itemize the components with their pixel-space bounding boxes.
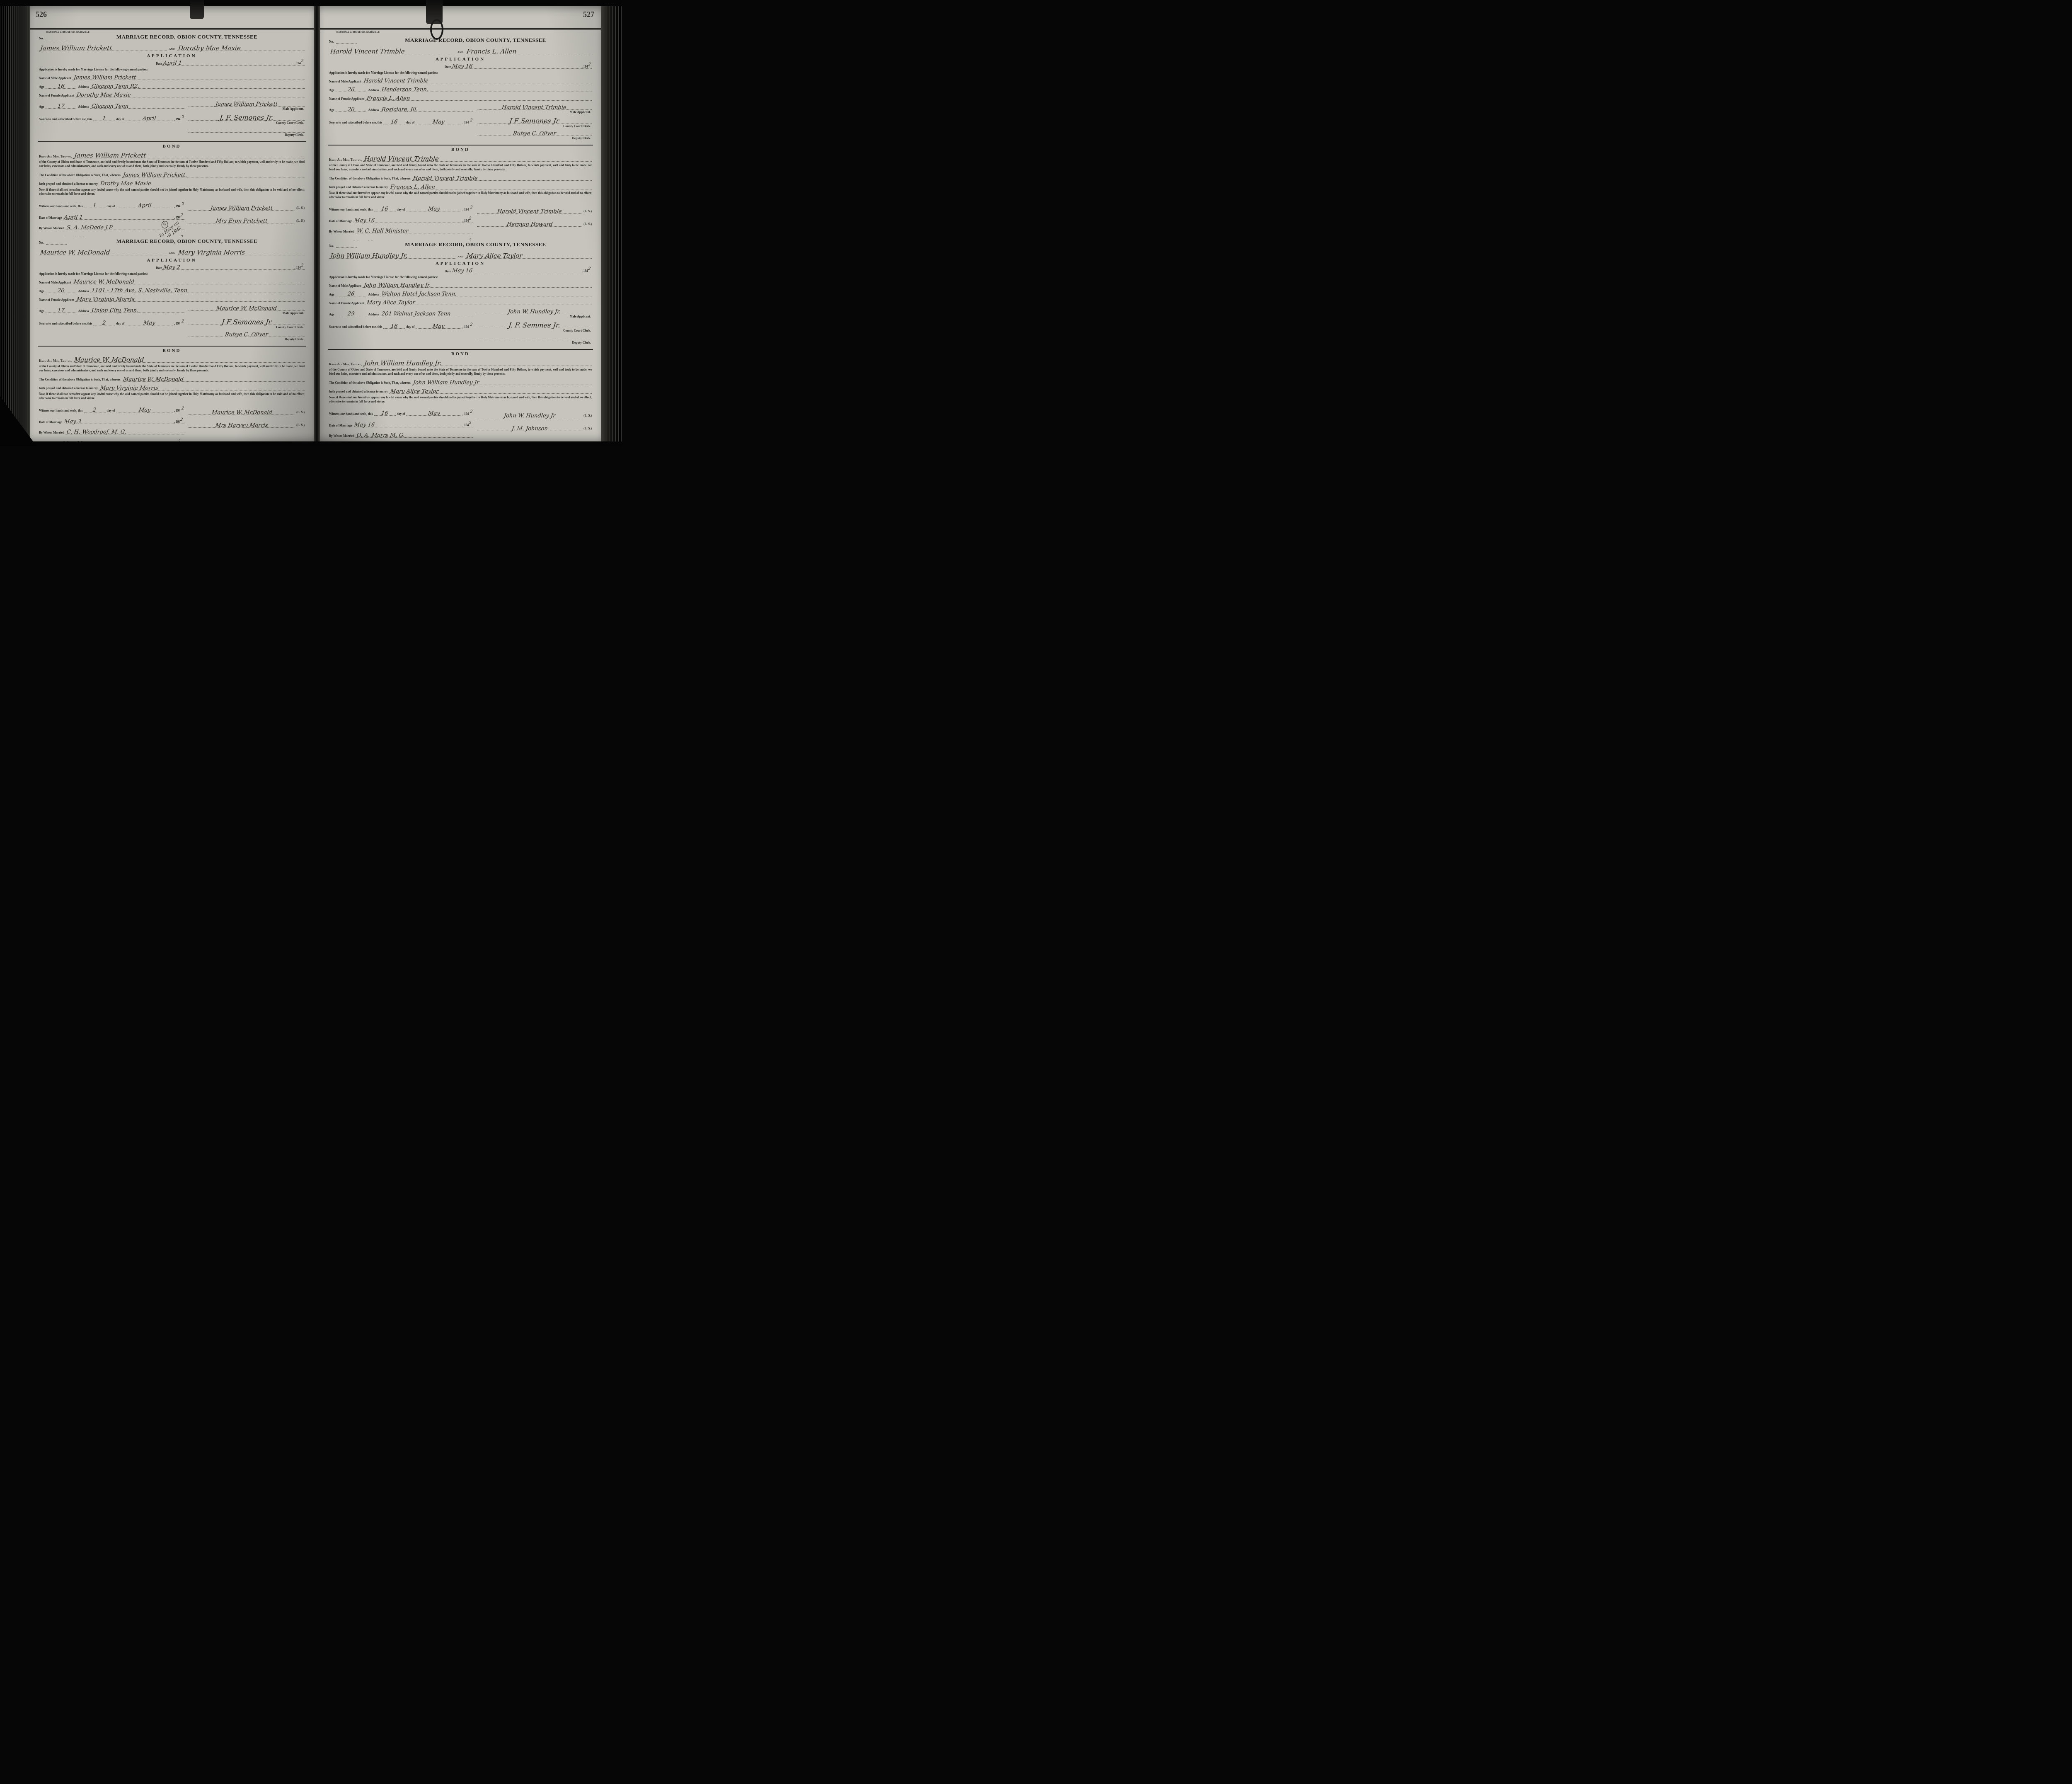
application-made-statement: Application is hereby made for Marriage … [329,275,592,279]
application-title: APPLICATION [329,261,592,266]
book-spine-edge [0,0,30,446]
license-to-marry-row: hath prayed and obtained a license to ma… [39,181,305,186]
witness-row: Witness our hands and seals, this 16 day… [329,410,473,416]
bond-obligation-paragraph: of the County of Obion and State of Tenn… [329,368,592,376]
by-whom-married-row: By Whom Married O. A. Marrs M. G. [329,433,473,438]
county-court-clerk-caption: County Court Clerk. [189,121,304,125]
day-of-label: day of [116,117,124,121]
male-name-handwritten: Harold Vincent Trimble [363,78,428,84]
sworn-statement-label: Sworn to and subscribed before me, this [329,121,382,124]
first-seal-signature: James William Prickett [210,206,273,211]
sworn-day-handwritten: 2 [102,320,106,326]
witness-month-line: May [116,407,173,412]
section-divider-rule [328,145,593,146]
application-date-line: May 16 , 194 2 [451,63,592,69]
second-seal-row: Mrs Harvey Morris (L. S.) [189,421,305,428]
first-seal-row: James William Prickett (L. S.) [189,204,305,211]
county-clerk-signature-line: J. F. Semones Jr. [189,112,305,121]
groom-name-line: Harold Vincent Trimble [329,48,455,54]
male-address-handwritten: Walton Hotel Jackson Tenn. [381,291,457,297]
know-all-men-row: Know All Men, That we, John William Hund… [329,360,592,366]
male-age-line: 26 [336,291,367,296]
second-seal-row: Mrs Eron Pritchett (L. S.) [189,217,305,223]
sworn-month-handwritten: April [142,116,156,121]
sworn-month-line: May [416,324,461,329]
male-name-line: John William Hundley Jr. [363,283,592,288]
sworn-row: Sworn to and subscribed before me, this … [39,115,184,121]
first-seal-signature-line: James William Prickett [189,204,295,211]
by-whom-married-line: W. C. Hall Minister [356,228,473,233]
application-signature-column: James William Prickett Male Applicant. J… [189,100,305,138]
form-title: MARRIAGE RECORD, OBION COUNTY, TENNESSEE [69,238,305,245]
age-label: Age [329,88,334,92]
sworn-month-line: May [126,320,173,325]
marriage-record-form: No. MARRIAGE RECORD, OBION COUNTY, TENNE… [327,240,593,445]
county-clerk-signature-line: J F Semones Jr [189,317,305,325]
female-age-address-row: Age 20 Address Rosiclare, Ill. [329,107,473,112]
year-194-label: , 194 [462,121,469,124]
application-lower-block: Age 17 Address Union City, Tenn. Sworn t… [39,304,305,342]
form-header-row: No. MARRIAGE RECORD, OBION COUNTY, TENNE… [39,238,305,245]
section-divider-rule [328,349,593,350]
witness-month-handwritten: May [428,411,440,416]
address-label: Address [368,88,379,92]
second-seal-signature: J. M. Johnson [511,426,548,431]
date-label: Date [156,266,162,270]
bond-name-handwritten: Harold Vincent Trimble [364,156,439,162]
sworn-year-digit: 2 [182,115,185,119]
first-seal-signature-line: Maurice W. McDonald [189,408,295,415]
female-address-handwritten: 201 Walnut Jackson Tenn [381,311,451,317]
second-seal-signature-line: Mrs Eron Pritchett [189,217,295,223]
date-of-marriage-label: Date of Marriage [39,420,62,424]
sworn-month-handwritten: May [432,324,445,329]
no-label: No. [329,40,334,44]
condition-row: The Condition of the above Obligation is… [329,176,592,181]
witness-month-line: May [406,411,461,416]
bond-lower-block: Witness our hands and seals, this 2 day … [39,403,305,441]
second-seal-signature-line: Herman Howard [477,220,583,227]
application-date-handwritten: May 16 [452,268,473,274]
male-applicant-row: Name of Male Applicant James William Pri… [39,75,305,80]
condition-row: The Condition of the above Obligation is… [329,380,592,385]
by-whom-married-label: By Whom Married [329,434,354,438]
application-date-line: April 1 , 194 2 [162,59,305,65]
bond-title: BOND [329,147,592,152]
marry-name-handwritten: Frances L. Allen [390,184,435,190]
deputy-clerk-caption: Deputy Clerk. [477,341,591,344]
bond-obligation-paragraph: of the County of Obion and State of Tenn… [329,163,592,172]
male-age-line: 16 [46,84,77,89]
application-date-row: Date May 16 , 194 2 [445,267,592,273]
application-title: APPLICATION [39,258,305,263]
second-seal-signature: Mrs Harvey Morris [215,423,268,428]
bond-holy-matrimony-paragraph: Now, if there shall not hereafter appear… [39,188,305,196]
witness-day-line: 2 [84,407,106,412]
photo-black-border-top [0,0,622,6]
bond-holy-matrimony-paragraph: Now, if there shall not hereafter appear… [329,191,592,199]
day-of-label: day of [116,322,124,325]
name-of-male-applicant-label: Name of Male Applicant [329,80,361,83]
application-title: APPLICATION [39,53,305,58]
county-court-clerk-caption: County Court Clerk. [477,329,591,332]
second-seal-row: J. M. Johnson (L. S.) [477,424,592,431]
day-of-label: day of [406,121,414,124]
section-divider-rule [38,141,306,143]
condition-label: The Condition of the above Obligation is… [329,177,411,180]
female-name-handwritten: Mary Alice Taylor [366,300,415,305]
application-made-statement: Application is hereby made for Marriage … [39,68,305,71]
record-slot-harold-trimble-francis-allen: No. MARRIAGE RECORD, OBION COUNTY, TENNE… [327,36,593,240]
deputy-clerk-caption: Deputy Clerk. [189,133,304,137]
bond-holy-matrimony-paragraph: Now, if there shall not hereafter appear… [39,392,305,400]
marry-name-line: Drothy Mae Maxie [99,181,305,186]
bond-name-handwritten: John William Hundley Jr. [364,360,442,366]
witness-row: Witness our hands and seals, this 2 day … [39,407,184,412]
and-label: AND [457,51,463,54]
application-title: APPLICATION [329,57,592,62]
male-applicant-caption: Male Applicant. [189,107,304,111]
date-of-marriage-handwritten: May 16 [354,218,375,223]
female-name-handwritten: Francis L. Allen [366,96,410,101]
form-header-row: No. MARRIAGE RECORD, OBION COUNTY, TENNE… [329,241,592,248]
bride-name-handwritten: Francis L. Allen [466,48,517,55]
bride-name-line: Francis L. Allen [465,48,592,54]
male-applicant-signature: Maurice W. McDonald [216,306,277,311]
application-signature-column: Maurice W. McDonald Male Applicant. J F … [189,304,305,342]
date-label: Date [156,62,162,65]
ls-seal-label: (L. S.) [296,206,305,210]
book-right-page-edges [601,0,622,446]
male-name-line: Maurice W. McDonald [73,279,305,284]
marriage-record-form: No. MARRIAGE RECORD, OBION COUNTY, TENNE… [327,36,593,240]
bond-title: BOND [39,348,305,353]
by-whom-married-row: By Whom Married W. C. Hall Minister [329,228,473,233]
witness-year-digit: 2 [182,407,185,411]
name-of-male-applicant-label: Name of Male Applicant [39,76,71,80]
female-name-line: Francis L. Allen [366,96,592,101]
age-label: Age [329,108,334,112]
female-age-line: 29 [336,311,367,316]
know-all-men-label: Know All Men, That we, [329,158,362,162]
male-age-handwritten: 20 [57,288,65,293]
male-address-line: Gleason Tenn R2. [90,84,305,89]
date-of-marriage-handwritten: May 3 [64,419,82,424]
seal-signature-column: James William Prickett (L. S.) Mrs Eron … [189,199,305,237]
age-label: Age [329,313,334,316]
condition-name-handwritten: John William Hundley Jr [413,380,479,385]
book-page-526: 526 MARSHALL & BRUCE CO. NASHVILLE No. M… [30,6,314,441]
male-address-line: Walton Hotel Jackson Tenn. [380,291,592,296]
hath-prayed-label: hath prayed and obtained a license to ma… [39,386,98,390]
marriage-year-digit: 2 [469,421,472,425]
witness-day-handwritten: 16 [381,411,389,416]
male-age-address-row: Age 16 Address Gleason Tenn R2. [39,84,305,89]
sworn-year-digit: 2 [470,323,473,327]
marry-name-line: Mary Alice Taylor [389,389,592,394]
marry-name-handwritten: Mary Alice Taylor [390,389,439,394]
groom-name-line: James William Prickett [39,45,167,51]
form-title: MARRIAGE RECORD, OBION COUNTY, TENNESSEE [69,34,305,40]
male-age-address-row: Age 20 Address 1101 - 17th Ave. S. Nashv… [39,288,305,293]
female-age-handwritten: 20 [347,107,355,112]
witness-label: Witness our hands and seals, this [39,204,83,208]
male-name-handwritten: John William Hundley Jr. [363,283,431,288]
witness-month-handwritten: May [138,407,151,413]
first-seal-row: Harold Vincent Trimble (L. S.) [477,207,592,214]
sworn-day-line: 2 [93,320,115,325]
application-date-handwritten: April 1 [163,61,182,66]
female-age-line: 17 [46,308,77,313]
witness-year-digit: 2 [470,410,473,414]
female-address-line: Gleason Tenn [90,104,184,109]
male-applicant-caption: Male Applicant. [189,311,304,315]
male-applicant-signature-line: Harold Vincent Trimble [477,103,592,110]
female-applicant-row: Name of Female Applicant Dorothy Mae Max… [39,92,305,97]
marriage-year-digit: 2 [469,217,472,221]
condition-label: The Condition of the above Obligation is… [329,381,411,385]
first-seal-signature-line: Harold Vincent Trimble [477,207,583,214]
condition-name-line: Harold Vincent Trimble [412,176,592,181]
sworn-year-digit: 2 [182,320,185,324]
date-label: Date [445,269,451,273]
deputy-clerk-signature-line [477,334,592,340]
name-of-female-applicant-label: Name of Female Applicant [329,301,364,305]
record-slot-john-hundley-mary-taylor: No. MARRIAGE RECORD, OBION COUNTY, TENNE… [327,240,593,445]
seal-signature-column: Harold Vincent Trimble (L. S.) Herman Ho… [477,202,592,240]
by-whom-married-label: By Whom Married [329,230,354,233]
groom-name-handwritten: James William Prickett [40,45,112,51]
second-seal-signature: Mrs Eron Pritchett [215,218,268,224]
bond-name-line: Maurice W. McDonald [73,357,305,363]
male-address-line: Henderson Tenn. [380,87,592,92]
application-date-row: Date May 16 , 194 2 [445,63,592,69]
male-applicant-signature-line: James William Prickett [189,100,305,107]
know-all-men-label: Know All Men, That we, [39,155,72,158]
witness-day-line: 16 [374,206,396,211]
deputy-clerk-caption: Deputy Clerk. [189,337,304,341]
sworn-row: Sworn to and subscribed before me, this … [329,119,473,124]
year-194-label: , 194 [174,409,180,412]
binder-clip-ring [430,19,443,40]
date-of-marriage-line: May 16 , 194 2 [353,217,472,223]
female-address-handwritten: Rosiclare, Ill. [381,107,418,112]
sworn-day-handwritten: 1 [102,116,106,121]
by-whom-married-label: By Whom Married [39,431,64,434]
bond-name-handwritten: James William Prickett [74,153,146,159]
date-of-marriage-row: Date of Marriage May 3 , 194 2 [39,418,184,424]
male-applicant-row: Name of Male Applicant John William Hund… [329,283,592,288]
male-age-address-row: Age 26 Address Walton Hotel Jackson Tenn… [329,291,592,296]
address-label: Address [78,289,89,293]
record-slot-james-prickett-dorothy-maxie: No. MARRIAGE RECORD, OBION COUNTY, TENNE… [37,33,306,237]
marriage-record-form: No. MARRIAGE RECORD, OBION COUNTY, TENNE… [37,33,306,237]
year-194-label: , 194 [462,208,469,211]
female-age-address-row: Age 17 Address Union City, Tenn. [39,308,184,313]
bond-obligation-paragraph: of the County of Obion and State of Tenn… [39,364,305,373]
female-address-handwritten: Gleason Tenn [91,104,129,109]
know-all-men-label: Know All Men, That we, [39,359,72,363]
know-all-men-row: Know All Men, That we, James William Pri… [39,153,305,158]
bond-name-line: James William Prickett [73,153,305,158]
bond-name-line: John William Hundley Jr. [363,360,592,366]
female-age-handwritten: 17 [57,308,65,313]
female-name-handwritten: Mary Virginia Morris [76,297,135,302]
application-lower-left: Age 20 Address Rosiclare, Ill. Sworn to … [329,103,477,141]
year-194-label: , 194 [174,322,180,325]
date-of-marriage-row: Date of Marriage May 16 , 194 2 [329,421,473,427]
bond-lower-block: Witness our hands and seals, this 1 day … [39,199,305,237]
witness-day-line: 16 [374,411,396,416]
application-year-digit: 2 [300,264,304,268]
male-applicant-signature-line: John W. Hundley Jr. [477,308,592,314]
sworn-month-line: May [416,119,461,124]
no-blank-line [46,240,67,245]
application-year-digit: 2 [588,63,591,67]
witness-label: Witness our hands and seals, this [329,208,373,211]
year-194-label: , 194 [462,219,469,223]
date-of-marriage-handwritten: May 16 [354,422,375,428]
bond-obligation-paragraph: of the County of Obion and State of Tenn… [39,160,305,168]
sworn-statement-label: Sworn to and subscribed before me, this [39,322,92,325]
page-top-double-rule [320,28,601,30]
sworn-statement-label: Sworn to and subscribed before me, this [39,117,92,121]
deputy-clerk-signature: Rubye C. Oliver [225,332,268,337]
know-all-men-row: Know All Men, That we, Maurice W. McDona… [39,357,305,363]
sworn-statement-label: Sworn to and subscribed before me, this [329,325,382,329]
female-name-line: Mary Virginia Morris [75,297,305,302]
deputy-clerk-caption: Deputy Clerk. [477,136,591,140]
sworn-month-line: April [126,116,173,121]
marriage-year-digit: 2 [180,213,184,218]
name-of-female-applicant-label: Name of Female Applicant [39,298,74,302]
date-of-marriage-row: Date of Marriage May 16 , 194 2 [329,217,473,223]
condition-label: The Condition of the above Obligation is… [39,173,121,177]
address-label: Address [368,108,379,112]
first-seal-signature: John W. Hundley Jr [503,413,556,419]
witness-row: Witness our hands and seals, this 1 day … [39,202,184,208]
sworn-day-line: 16 [383,324,405,329]
page-number-right: 527 [583,10,594,19]
book-page-527: 527 MARSHALL & BRUCE CO. NASHVILLE No. M… [320,6,601,441]
know-all-men-row: Know All Men, That we, Harold Vincent Tr… [329,156,592,162]
male-age-handwritten: 26 [347,291,355,297]
application-date-line: May 16 , 194 2 [451,267,592,273]
first-seal-row: John W. Hundley Jr (L. S.) [477,412,592,418]
county-clerk-signature: J F Semones Jr [221,319,272,325]
and-label: AND [457,255,463,259]
condition-label: The Condition of the above Obligation is… [39,378,121,381]
witness-day-handwritten: 16 [381,206,389,212]
license-to-marry-row: hath prayed and obtained a license to ma… [39,385,305,390]
first-seal-signature: Maurice W. McDonald [211,410,272,415]
groom-name-line: Maurice W. McDonald [39,250,167,255]
know-all-men-label: Know All Men, That we, [329,362,362,366]
by-whom-married-line: C. H. Woodroof. M. G. [65,429,184,434]
female-age-address-row: Age 17 Address Gleason Tenn [39,104,184,109]
hath-prayed-label: hath prayed and obtained a license to ma… [39,182,98,186]
sworn-row: Sworn to and subscribed before me, this … [39,320,184,325]
witness-day-handwritten: 2 [93,407,97,413]
hath-prayed-label: hath prayed and obtained a license to ma… [329,185,388,189]
page-527-body: No. MARRIAGE RECORD, OBION COUNTY, TENNE… [327,36,593,440]
female-age-address-row: Age 29 Address 201 Walnut Jackson Tenn [329,311,473,316]
age-label: Age [39,85,44,89]
condition-name-line: John William Hundley Jr [412,380,592,385]
witness-month-line: April [116,203,173,208]
day-of-label: day of [397,412,405,416]
county-court-clerk-caption: County Court Clerk. [477,124,591,128]
male-name-line: Harold Vincent Trimble [363,78,592,83]
application-date-line: May 2 , 194 2 [162,264,305,270]
witness-day-line: 1 [84,203,106,208]
witness-month-line: May [406,206,461,211]
no-blank-line [336,39,357,44]
year-194-label: , 194 [582,65,588,68]
condition-row: The Condition of the above Obligation is… [39,377,305,382]
witness-label: Witness our hands and seals, this [39,409,83,412]
sworn-year-digit: 2 [470,119,473,123]
bride-name-line: Mary Virginia Morris [177,250,305,255]
application-lower-block: Age 17 Address Gleason Tenn Sworn to and… [39,100,305,138]
scanned-marriage-record-book-photo: 526 MARSHALL & BRUCE CO. NASHVILLE No. M… [0,0,622,446]
second-seal-signature: Herman Howard [506,222,553,227]
binder-clip-left [190,0,204,19]
ls-seal-label: (L. S.) [583,427,592,430]
marriage-year-digit: 2 [180,418,184,422]
male-applicant-signature: James William Prickett [215,102,278,107]
female-name-line: Mary Alice Taylor [366,300,592,305]
ls-seal-label: (L. S.) [583,209,592,213]
bond-lower-block: Witness our hands and seals, this 16 day… [329,202,592,240]
address-label: Address [78,309,89,313]
ls-seal-label: (L. S.) [583,222,592,226]
by-whom-married-handwritten: O. A. Marrs M. G. [356,433,405,438]
year-194-label: , 194 [462,412,469,416]
date-of-marriage-line: May 16 , 194 2 [353,421,472,427]
date-of-marriage-label: Date of Marriage [329,219,352,223]
deputy-clerk-signature: Rubye C. Oliver [513,131,556,136]
record-slot-maurice-mcdonald-mary-morris: No. MARRIAGE RECORD, OBION COUNTY, TENNE… [37,237,306,441]
condition-row: The Condition of the above Obligation is… [39,172,305,177]
female-address-line: Union City, Tenn. [90,308,184,313]
year-194-label: , 194 [462,325,469,329]
bond-lower-left: Witness our hands and seals, this 16 day… [329,406,477,445]
groom-name-handwritten: Maurice W. McDonald [40,250,110,256]
first-seal-signature: Harold Vincent Trimble [497,209,562,214]
sworn-day-handwritten: 16 [390,119,398,125]
female-age-handwritten: 17 [57,104,65,109]
date-of-marriage-handwritten: April 1 [64,215,83,220]
sworn-month-handwritten: May [143,320,155,326]
application-signature-column: John W. Hundley Jr. Male Applicant. J. F… [477,308,592,346]
witness-month-handwritten: April [138,203,152,208]
bond-name-line: Harold Vincent Trimble [363,156,592,162]
no-blank-line [46,36,67,40]
date-label: Date [445,65,451,69]
female-applicant-row: Name of Female Applicant Mary Virginia M… [39,297,305,302]
application-lower-block: Age 29 Address 201 Walnut Jackson Tenn S… [329,308,592,346]
address-label: Address [368,293,379,296]
hath-prayed-label: hath prayed and obtained a license to ma… [329,390,388,393]
second-seal-signature-line: J. M. Johnson [477,424,583,431]
date-of-marriage-row: Date of Marriage April 1 , 194 2 [39,213,184,220]
male-address-handwritten: Gleason Tenn R2. [91,84,140,89]
female-age-line: 17 [46,104,77,109]
male-applicant-caption: Male Applicant. [477,110,591,114]
and-label: AND [169,252,174,255]
year-194-label: , 194 [174,204,180,208]
